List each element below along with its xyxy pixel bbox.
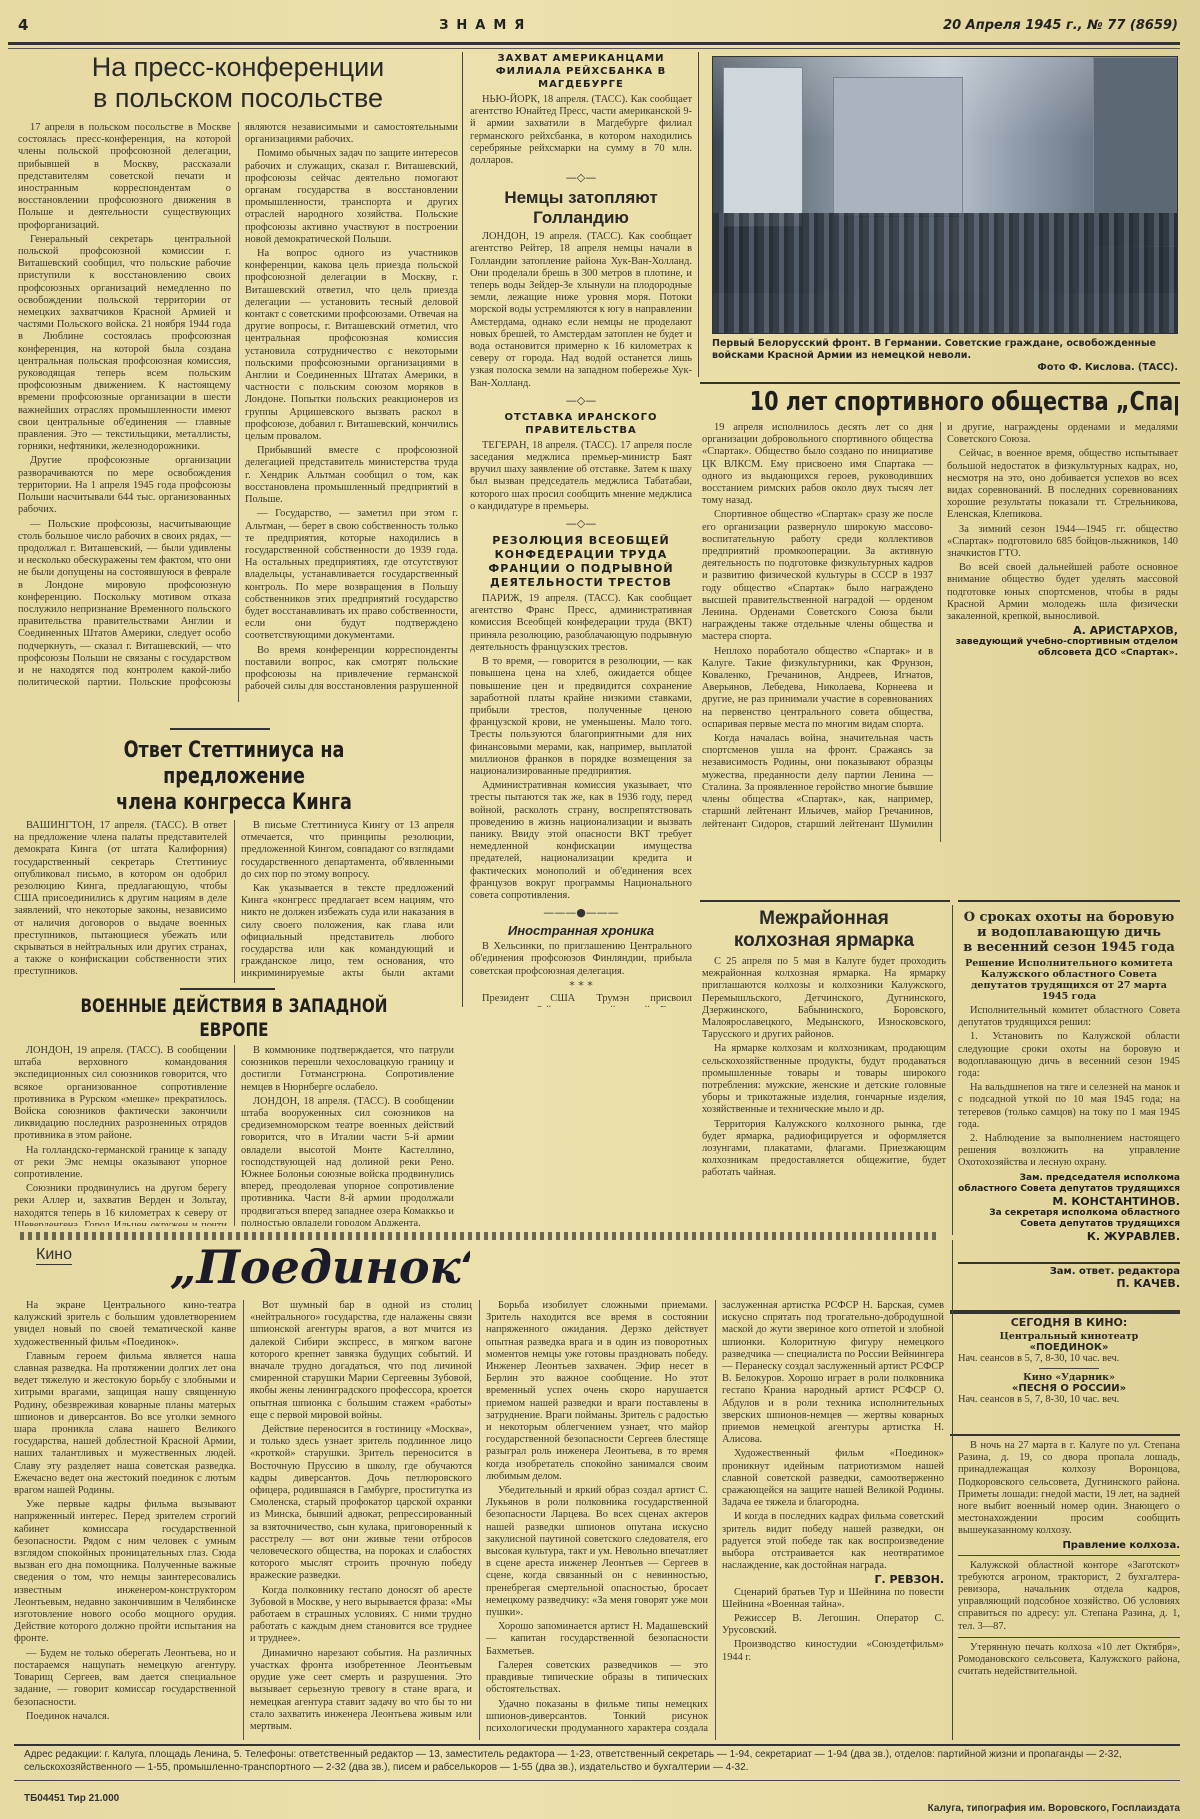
paragraph: Другие профсоюзные организации разворачи… [18,455,231,516]
author-title: заведующий учебно-спортивным отделом обл… [947,637,1178,659]
section-rule [958,1262,1180,1264]
paragraph: Действие переносится в гостиницу «Москва… [250,1424,472,1583]
ad-divider [958,1555,1180,1556]
headline-line2: в польском посольстве [18,83,458,114]
iran-body: ТЕГЕРАН, 18 апреля. (ТАСС). 17 апреля по… [470,440,692,513]
paragraph: На вальдшнепов на тяге и селезней на ман… [958,1082,1180,1131]
footer-rule [14,1744,1180,1746]
paragraph: 2. Наблюдение за выполнением настоящего … [958,1133,1180,1170]
classified-ad: В ночь на 27 марта в г. Калуге по ул. Ст… [958,1440,1180,1538]
column-divider [462,52,463,1007]
masthead-rule [8,42,1180,45]
editorial-address: Адрес редакции: г. Калуга, площадь Ленин… [24,1748,1174,1774]
paragraph: Борьба изобилует сложными приемами. Зрит… [486,1300,708,1483]
chronicle-body: В Хельсинки, по приглашению Центрального… [470,941,692,1007]
masthead: 4 ЗНАМЯ 20 Апреля 1945 г., № 77 (8659) [18,10,1178,40]
film-review-headline: „Поединок“ [170,1240,470,1294]
paragraph: Помимо обычных задач по защите интересов… [245,148,458,246]
paragraph: Когда полковнику гестапо доносят об арес… [250,1585,472,1646]
divider-ornament: —◇— [470,171,692,184]
paragraph: Галерея советских разведчиков — это прав… [486,1660,708,1697]
hunting-body: Исполнительный комитет областного Совета… [958,1005,1180,1170]
western-front-headline: ВОЕННЫЕ ДЕЙСТВИЯ В ЗАПАДНОЙ ЕВРОПЕ [58,994,410,1042]
paragraph: Вот шумный бар в одной из столиц «нейтра… [250,1300,472,1422]
venue-name: Кино «Ударник» [958,1372,1180,1383]
stettinius-headline-2: члена конгресса Кинга [58,790,410,816]
author-name: А. АРИСТАРХОВ, [947,625,1178,637]
paragraph: Калужской областной конторе «Заготскот» … [958,1560,1180,1633]
issue-date: 20 Апреля 1945 г., № 77 (8659) [943,18,1178,33]
holland-body: ЛОНДОН, 19 апреля. (ТАСС). Как сообщает … [470,231,692,390]
venue-name: Центральный кинотеатр [958,1331,1180,1342]
print-info: ТБ04451 Тир 21.000 [24,1786,324,1806]
wavy-rule [20,1232,940,1240]
signatory-name: К. ЖУРАВЛЕВ. [958,1230,1180,1240]
column-divider [698,52,699,377]
rubric-label: Кино [36,1246,72,1265]
paragraph: В письме Стеттиниуса Кингу от 13 апреля … [241,820,454,881]
fair-body: С 25 апреля по 5 мая в Калуге будет прох… [702,956,946,1180]
editor-name: П. КАЧЕВ. [958,1277,1180,1290]
classifieds: В ночь на 27 марта в г. Калуге по ул. Ст… [958,1440,1180,1740]
editor-block: Зам. ответ. редактора П. КАЧЕВ. [958,1266,1180,1306]
stettinius-body: ВАШИНГТОН, 17 апреля. (ТАСС). В ответ на… [14,820,454,983]
holland-headline-2: Голландию [470,208,692,228]
film-review-title-block: „Поединок“ [170,1240,470,1300]
paragraph: Хорошо запоминается артист Н. Мадашевски… [486,1621,708,1658]
signatory-title: За секретаря исполкома областного Совета… [958,1208,1180,1230]
article-hunting: О сроках охоты на боровую и водоплавающу… [958,910,1180,1240]
hunting-headline-2: и водоплавающую дичь [958,925,1180,940]
paragraph: — Государство, — заметил при этом г. Аль… [245,508,458,642]
france-body: ПАРИЖ, 19 апреля. (ТАСС). Как сообщает а… [470,593,692,902]
cinema-heading: СЕГОДНЯ В КИНО: [958,1316,1180,1329]
paragraph: — Будем не только оберегать Леонтьева, н… [14,1648,236,1709]
middle-news-column: ЗАХВАТ АМЕРИКАНЦАМИ ФИЛИАЛА РЕЙХСБАНКА В… [470,52,692,1007]
short-rule [1039,1368,1099,1369]
western-front-body: ЛОНДОН, 19 апреля. (ТАСС). В сообщении ш… [14,1045,454,1226]
spartak-body: 19 апреля исполнилось десять лет со дня … [702,422,1178,842]
photo-crowd [713,213,1177,333]
paragraph: НЬЮ-ЙОРК, 18 апреля. (ТАСС). Как сообщае… [470,94,692,167]
paragraph: И когда в последних кадрах фильма советс… [722,1511,944,1572]
hunting-headline-3: в весенний сезон 1945 года [958,940,1180,955]
hunting-headline-1: О сроках охоты на боровую [958,910,1180,925]
footer-rule [14,1780,1180,1781]
paragraph: Исполнительный комитет областного Совета… [958,1005,1180,1029]
paragraph: В Хельсинки, по приглашению Центрального… [470,941,692,978]
newspaper-page: 4 ЗНАМЯ 20 Апреля 1945 г., № 77 (8659) Н… [0,0,1200,1819]
paragraph: На экране Центрального кино-театра калуж… [14,1300,236,1349]
film-credit: Сценарий братьев Тур и Шейнина по повест… [722,1587,944,1611]
paragraph: ЛОНДОН, 18 апреля. (ТАСС). В сообщении ш… [241,1096,454,1226]
paragraph: Поединок начался. [14,1711,236,1723]
hunting-subtitle: Решение Исполнительного комитета Калужск… [958,958,1180,1002]
paragraph: В ночь на 27 марта в г. Калуге по ул. Ст… [958,1440,1180,1538]
paragraph: Прибывший вместе с профсоюзной делегацие… [245,445,458,506]
paragraph: Союзники продвинулись на другом берегу р… [14,1183,227,1226]
showtimes: Нач. сеансов в 5, 7, 8-30, 10 час. веч. [958,1353,1180,1365]
film-credit: Режиссер В. Легошин. Оператор С. Урусовс… [722,1613,944,1637]
stettinius-headline-1: Ответ Стеттиниуса на предложение [58,738,410,790]
paragraph: ЛОНДОН, 19 апреля. (ТАСС). Как сообщает … [470,231,692,390]
paragraph: ПАРИЖ, 19 апреля. (ТАСС). Как сообщает а… [470,593,692,654]
paragraph: Художественный фильм «Поединок» проникну… [722,1448,944,1509]
film-title: «ПОЕДИНОК» [958,1342,1180,1353]
paragraph: ЛОНДОН, 19 апреля. (ТАСС). В сообщении ш… [14,1045,227,1143]
paragraph: Главным героем фильма является наша слав… [14,1351,236,1497]
paragraph: Президент США Трумэн присвоил командующи… [470,993,692,1007]
paragraph: За зимний сезон 1944—1945 гг. общество «… [947,524,1178,561]
paragraph: Неплохо поработало общество «Спартак» и … [702,646,933,731]
photo-caption: Первый Белорусский фронт. В Германии. Со… [712,338,1178,362]
article-body: 17 апреля в польском посольстве в Москве… [18,122,458,702]
paragraph: Административная комиссия указывает, что… [470,780,692,902]
footer-address: Адрес редакции: г. Калуга, площадь Ленин… [24,1748,1174,1778]
chronicle-headline: Иностранная хроника [470,923,692,938]
short-rule [170,728,270,730]
printer-info: Калуга, типография им. Воровского, Госпл… [780,1796,1180,1816]
divider-ornament: ———●——— [470,906,692,919]
review-author: Г. РЕВЗОН. [722,1574,944,1586]
spartak-headline: 10 лет спортивного общества „Спартак“ [750,386,1131,418]
divider-ornament: —◇— [470,517,692,530]
section-rule [958,900,1180,902]
paragraph: ВАШИНГТОН, 17 апреля. (ТАСС). В ответ на… [14,820,227,979]
paragraph: 19 апреля исполнилось десять лет со дня … [702,422,933,507]
article-western-front: ВОЕННЫЕ ДЕЙСТВИЯ В ЗАПАДНОЙ ЕВРОПЕ ЛОНДО… [14,994,454,1226]
article-fair: Межрайонная колхозная ярмарка С 25 апрел… [702,908,946,1228]
asterisk-divider: * * * [470,980,692,992]
iran-headline: ОТСТАВКА ИРАНСКОГО ПРАВИТЕЛЬСТВА [470,411,692,437]
paragraph: ТЕГЕРАН, 18 апреля. (ТАСС). 17 апреля по… [470,440,692,513]
paragraph: Во всей своей дальнейшей работе основное… [947,562,1178,623]
article-film-review: На экране Центрального кино-театра калуж… [14,1300,944,1740]
paragraph: 17 апреля в польском посольстве в Москве… [18,122,231,232]
paragraph: Утерянную печать колхоза «10 лет Октября… [958,1642,1180,1679]
paragraph: В коммюнике подтверждается, что патрули … [241,1045,454,1094]
section-rule [700,382,1180,384]
headline-line1: На пресс-конференции [18,52,458,83]
page-number: 4 [18,16,28,34]
paragraph: Уже первые кадры фильма вызывают напряже… [14,1499,236,1645]
paragraph: Сейчас, в военное время, общество испыты… [947,448,1178,521]
editor-title: Зам. ответ. редактора [958,1266,1180,1277]
paragraph: С 25 апреля по 5 мая в Калуге будет прох… [702,956,946,1041]
reichsbank-headline: ЗАХВАТ АМЕРИКАНЦАМИ ФИЛИАЛА РЕЙХСБАНКА В… [470,52,692,91]
paragraph: Динамично нарезают события. На различных… [250,1648,472,1733]
paragraph: На вопрос одного из участников конференц… [245,248,458,443]
news-photo [712,56,1178,334]
section-rule [950,1434,1180,1436]
print-code: ТБ04451 Тир 21.000 [24,1793,119,1804]
article-stettinius: Ответ Стеттиниуса на предложение члена к… [14,738,454,983]
signatory-title: Зам. председателя исполкома областного С… [958,1173,1180,1195]
divider-ornament: —◇— [470,394,692,407]
paragraph: Генеральный секретарь центральной польск… [18,234,231,454]
photo-building [723,67,803,227]
fair-headline-1: Межрайонная [702,908,946,930]
paragraph: Территория Калужского колхозного рынка, … [702,1119,946,1180]
paragraph: На голландско-германской границе к запад… [14,1145,227,1182]
article-press-conference: На пресс-конференции в польском посольст… [18,52,458,712]
signatory-name: М. КОНСТАНТИНОВ. [958,1195,1180,1208]
holland-headline-1: Немцы затопляют [470,188,692,208]
ad-divider [958,1637,1180,1638]
short-rule [180,988,275,990]
paragraph: Убедительный и яркий образ создал артист… [486,1485,708,1619]
ad-signature: Правление колхоза. [958,1540,1180,1551]
section-rule [700,900,950,902]
classified-ad: Калужской областной конторе «Заготскот» … [958,1560,1180,1633]
photo-credit: Фото Ф. Кислова. (ТАСС). [712,362,1178,374]
film-title: «ПЕСНЯ О РОССИИ» [958,1383,1180,1394]
classified-ad: Утерянную печать колхоза «10 лет Октября… [958,1642,1180,1679]
cinema-listings: СЕГОДНЯ В КИНО: Центральный кинотеатр «П… [958,1316,1180,1426]
photo-building [833,77,963,217]
paragraph: На ярмарке колхозам и колхозникам, прода… [702,1043,946,1116]
reichsbank-body: НЬЮ-ЙОРК, 18 апреля. (ТАСС). Как сообщае… [470,94,692,167]
france-headline: РЕЗОЛЮЦИЯ ВСЕОБЩЕЙ КОНФЕДЕРАЦИИ ТРУДА ФР… [470,534,692,590]
article-spartak: 10 лет спортивного общества „Спартак“ 19… [702,386,1178,886]
showtimes: Нач. сеансов в 5, 7, 8-30, 10 час. веч. [958,1394,1180,1406]
paper-name: ЗНАМЯ [439,18,532,33]
film-credit: Производство киностудии «Союздетфильм» 1… [722,1639,944,1663]
film-review-body: На экране Центрального кино-театра калуж… [14,1300,944,1740]
paragraph: Спортивное общество «Спартак» сразу же п… [702,509,933,643]
paragraph: 1. Установить по Калужской области следу… [958,1031,1180,1080]
section-rule [950,1310,1180,1314]
column-divider [952,905,953,1235]
rubric-block: Кино [36,1244,126,1274]
column-divider [952,1240,953,1740]
fair-headline-2: колхозная ярмарка [702,930,946,952]
printer-name: Калуга, типография им. Воровского, Госпл… [928,1803,1180,1814]
photo-caption-block: Первый Белорусский фронт. В Германии. Со… [712,338,1178,378]
paragraph: В то время, — говорится в резолюции, — к… [470,656,692,778]
